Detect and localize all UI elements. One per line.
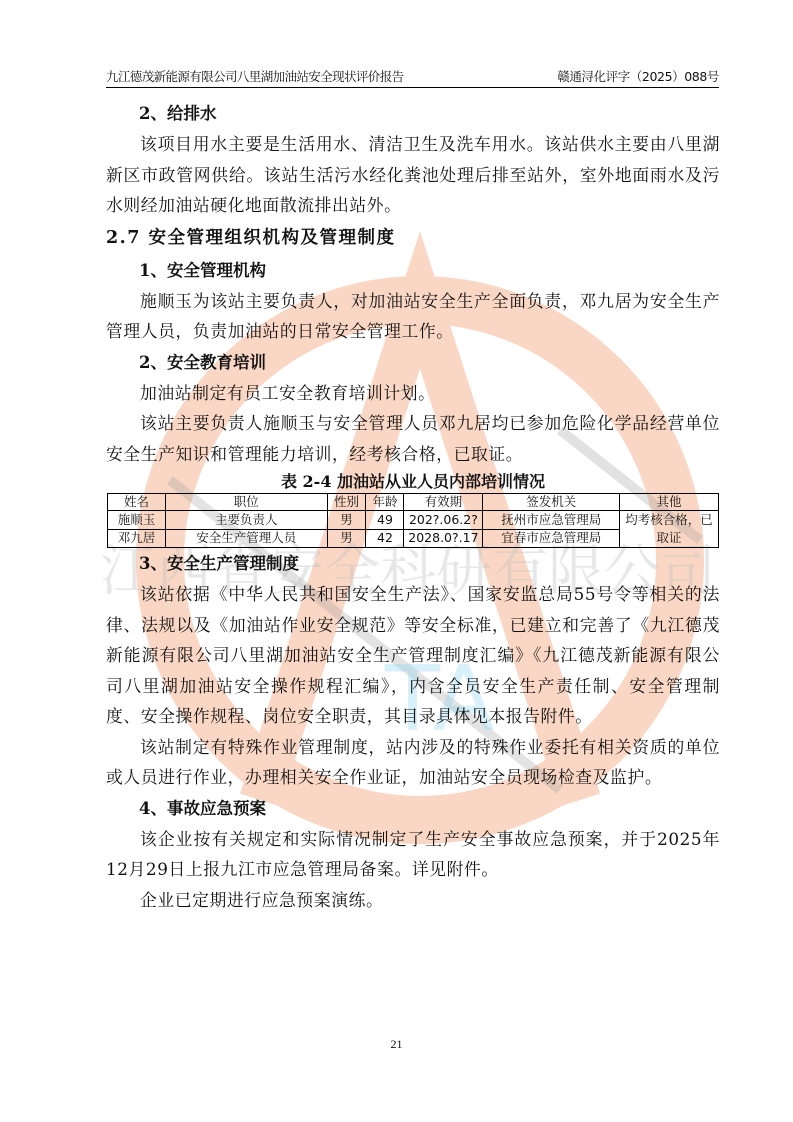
- table-caption: 表 2-4 加油站从业人员内部培训情况: [106, 471, 720, 493]
- paragraph-safety-rules: 该站依据《中华人民共和国安全生产法》、国家安监总局55号令等相关的法律、法规以及…: [106, 579, 720, 732]
- cell-name: 施顺玉: [108, 511, 166, 530]
- heading-emergency-plan: 4、事故应急预案: [106, 793, 720, 824]
- cell-position: 安全生产管理人员: [165, 529, 327, 548]
- column-header: 有效期: [404, 494, 483, 511]
- column-header: 职位: [165, 494, 327, 511]
- cell-gender: 男: [327, 511, 366, 530]
- paragraph-training-cert: 该站主要负责人施顺玉与安全管理人员邓九居均已参加危险化学品经营单位安全生产知识和…: [106, 408, 720, 469]
- paragraph-emergency-drill: 企业已定期进行应急预案演练。: [106, 885, 720, 916]
- table-row: 施顺玉 主要负责人 男 49 202?.06.2? 抚州市应急管理局 均考核合格…: [108, 511, 719, 530]
- paragraph-training-plan: 加油站制定有员工安全教育培训计划。: [106, 378, 720, 409]
- column-header: 年龄: [366, 494, 404, 511]
- column-header: 性别: [327, 494, 366, 511]
- cell-issuer: 抚州市应急管理局: [483, 511, 620, 530]
- column-header: 签发机关: [483, 494, 620, 511]
- heading-safety-org: 1、安全管理机构: [106, 255, 720, 286]
- cell-position: 主要负责人: [165, 511, 327, 530]
- page-header: 九江德茂新能源有限公司八里湖加油站安全现状评价报告 赣通浔化评字（2025）08…: [106, 68, 719, 88]
- section-heading-2-7: 2.7 安全管理组织机构及管理制度: [106, 222, 720, 255]
- cell-age: 49: [366, 511, 404, 530]
- cell-valid-until: 202?.06.2?: [404, 511, 483, 530]
- page-number: 21: [0, 1037, 793, 1052]
- heading-safety-training: 2、安全教育培训: [106, 347, 720, 378]
- page-body: 2、给排水 该项目用水主要是生活用水、清洁卫生及洗车用水。该站供水主要由八里湖新…: [106, 98, 720, 915]
- paragraph-safety-org: 施顺玉为该站主要负责人，对加油站安全生产全面负责，邓九居为安全生产管理人员，负责…: [106, 286, 720, 347]
- cell-other: 均考核合格，已取证: [620, 511, 719, 548]
- cell-age: 42: [366, 529, 404, 548]
- cell-valid-until: 2028.0?.17: [404, 529, 483, 548]
- paragraph-special-operations: 该站制定有特殊作业管理制度，站内涉及的特殊作业委托有相关资质的单位或人员进行作业…: [106, 732, 720, 793]
- report-title: 九江德茂新能源有限公司八里湖加油站安全现状评价报告: [106, 68, 404, 86]
- paragraph-emergency-plan: 该企业按有关规定和实际情况制定了生产安全事故应急预案，并于2025年12月29日…: [106, 824, 720, 885]
- cell-gender: 男: [327, 529, 366, 548]
- training-table: 姓名 职位 性别 年龄 有效期 签发机关 其他 施顺玉 主要负责人 男 49 2…: [107, 493, 719, 548]
- column-header: 姓名: [108, 494, 166, 511]
- column-header: 其他: [620, 494, 719, 511]
- cell-name: 邓九居: [108, 529, 166, 548]
- paragraph-water: 该项目用水主要是生活用水、清洁卫生及洗车用水。该站供水主要由八里湖新区市政管网供…: [106, 129, 720, 221]
- report-number: 赣通浔化评字（2025）088号: [557, 68, 719, 86]
- table-header-row: 姓名 职位 性别 年龄 有效期 签发机关 其他: [108, 494, 719, 511]
- heading-water-supply-drainage: 2、给排水: [106, 98, 720, 129]
- cell-issuer: 宜春市应急管理局: [483, 529, 620, 548]
- heading-safety-rules: 3、安全生产管理制度: [106, 548, 720, 579]
